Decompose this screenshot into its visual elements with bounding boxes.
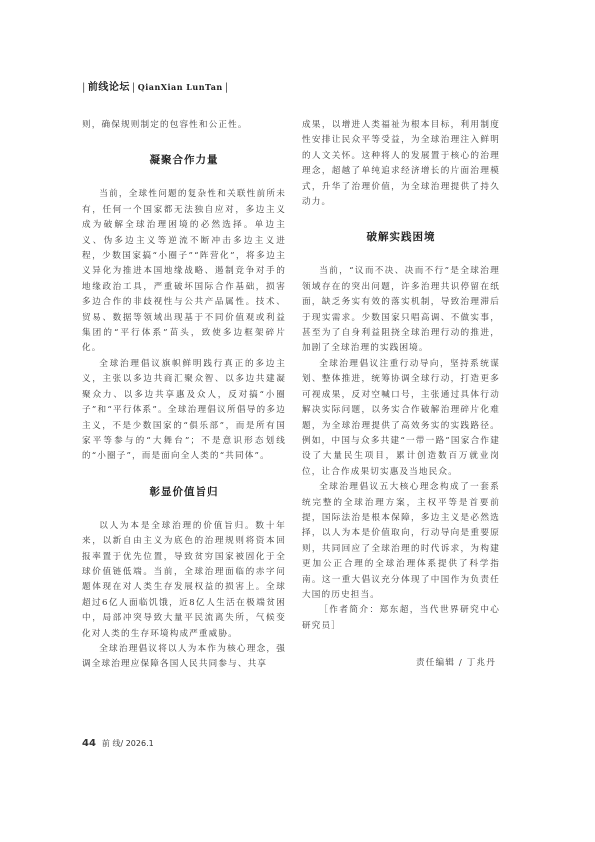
section-heading: 彰显价值旨归	[82, 485, 286, 499]
body-paragraph: 当前，“议而不决、决而不行”是全球治理领域存在的突出问题，许多治理共识停留在纸面…	[302, 264, 500, 356]
section-heading: 凝聚合作力量	[82, 153, 286, 167]
editor-credit: 责任编辑 / 丁兆丹	[302, 656, 500, 671]
right-column: 成果，以增进人类福祉为根本目标，利用制度性安排让民众平等受益，为全球治理注入鲜明…	[302, 118, 500, 672]
header-separator: |	[82, 82, 86, 93]
header-separator: |	[225, 82, 229, 93]
page-number: 44	[82, 738, 96, 749]
magazine-name: 前 线	[102, 739, 121, 748]
body-paragraph: 全球治理倡议旗帜鲜明践行真正的多边主义，主张以多边共商汇聚众智、以多边共建凝聚众…	[82, 357, 286, 465]
issue-number: / 2026.1	[120, 739, 153, 748]
left-column: 则，确保规则制定的包容性和公正性。 凝聚合作力量 当前，全球性问题的复杂性和关联…	[82, 118, 286, 673]
continued-paragraph: 成果，以增进人类福祉为根本目标，利用制度性安排让民众平等受益，为全球治理注入鲜明…	[302, 118, 500, 210]
column-name: 前线论坛	[88, 82, 130, 93]
body-paragraph: 全球治理倡议注重行动导向，坚持系统谋划、整体推进，统筹协调全球行动，打造更多可视…	[302, 357, 500, 480]
column-pinyin: QianXian LunTan	[138, 82, 223, 92]
section-heading: 破解实践困境	[302, 230, 500, 244]
header-separator: |	[132, 82, 136, 93]
body-paragraph: 以人为本是全球治理的价值旨归。数十年来，以新自由主义为底色的治理规则将资本回报率…	[82, 519, 286, 642]
continued-paragraph: 则，确保规则制定的包容性和公正性。	[82, 118, 286, 133]
column-header: |前线论坛|QianXian LunTan|	[80, 78, 231, 93]
page-footer: 44前 线/ 2026.1	[82, 738, 154, 749]
body-paragraph: 全球治理倡议将以人为本作为核心理念，强调全球治理应保障各国人民共同参与、共享	[82, 642, 286, 673]
author-bio: ［作者简介：郑东超，当代世界研究中心研究员］	[302, 603, 500, 634]
body-paragraph: 全球治理倡议五大核心理念构成了一套系统完整的全球治理方案，主权平等是首要前提，国…	[302, 480, 500, 603]
body-paragraph: 当前，全球性问题的复杂性和关联性前所未有，任何一个国家都无法独自应对，多边主义成…	[82, 187, 286, 356]
